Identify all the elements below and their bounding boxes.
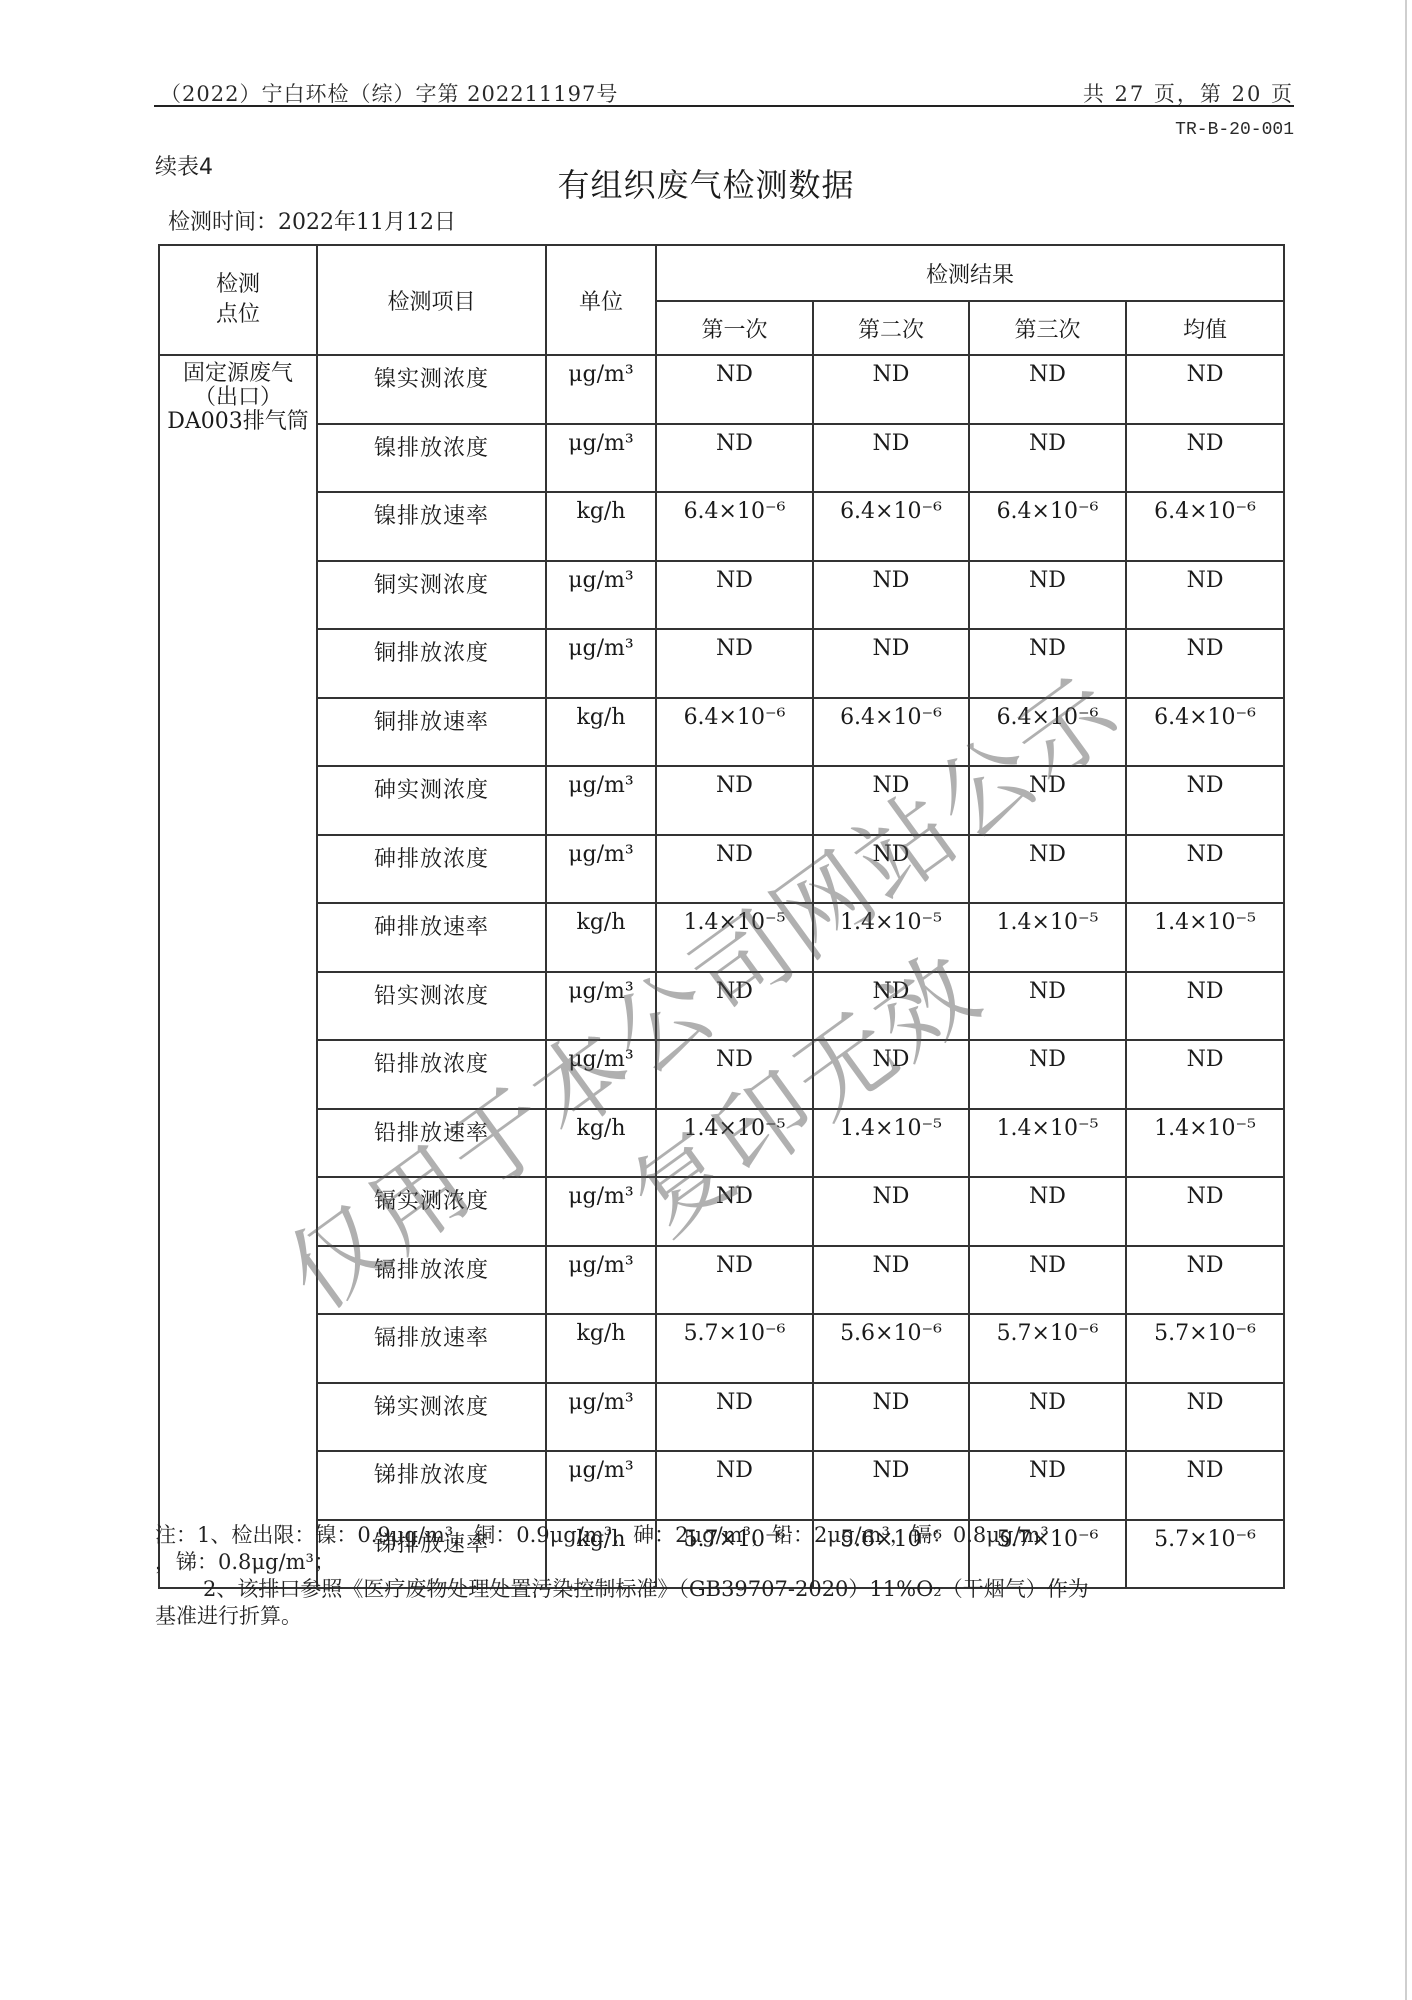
mean-value-cell: 5.7×10⁻⁶ (1126, 1314, 1284, 1383)
item-cell: 镉排放浓度 (317, 1246, 546, 1315)
second-value-cell: ND (813, 1451, 969, 1520)
mean-value-cell: ND (1126, 1246, 1284, 1315)
header-unit: 单位 (546, 245, 656, 355)
table-row: 铅实测浓度μg/m³NDNDNDND (159, 972, 1284, 1041)
first-value-cell: ND (656, 835, 813, 904)
mean-value-cell: ND (1126, 1451, 1284, 1520)
third-value-cell: ND (969, 766, 1126, 835)
third-value-cell: 1.4×10⁻⁵ (969, 1109, 1126, 1178)
third-value-cell: ND (969, 1246, 1126, 1315)
third-value-cell: 6.4×10⁻⁶ (969, 698, 1126, 767)
second-value-cell: 5.6×10⁻⁶ (813, 1314, 969, 1383)
second-value-cell: 6.4×10⁻⁶ (813, 698, 969, 767)
first-value-cell: ND (656, 1177, 813, 1246)
item-cell: 铜排放速率 (317, 698, 546, 767)
emission-data-table: 检测 点位 检测项目 单位 检测结果 第一次 第二次 第三次 均值 固定源废气（… (158, 244, 1285, 1589)
second-value-cell: 1.4×10⁻⁵ (813, 1109, 969, 1178)
first-value-cell: ND (656, 1040, 813, 1109)
unit-cell: μg/m³ (546, 424, 656, 493)
first-value-cell: ND (656, 629, 813, 698)
item-cell: 镍排放浓度 (317, 424, 546, 493)
unit-cell: μg/m³ (546, 1451, 656, 1520)
table-row: 镉实测浓度μg/m³NDNDNDND (159, 1177, 1284, 1246)
table-row: 砷排放浓度μg/m³NDNDNDND (159, 835, 1284, 904)
third-value-cell: ND (969, 629, 1126, 698)
unit-cell: kg/h (546, 1314, 656, 1383)
second-value-cell: ND (813, 1246, 969, 1315)
scan-edge-line (1405, 0, 1407, 2000)
third-value-cell: 1.4×10⁻⁵ (969, 903, 1126, 972)
note-2-cont: 基准进行折算。 (155, 1603, 1295, 1630)
first-value-cell: ND (656, 766, 813, 835)
third-value-cell: 6.4×10⁻⁶ (969, 492, 1126, 561)
second-value-cell: ND (813, 355, 969, 424)
page-info: 共 27 页，第 20 页 (1083, 78, 1294, 108)
table-row: 镍排放浓度μg/m³NDNDNDND (159, 424, 1284, 493)
table-row: 固定源废气（出口）DA003排气筒镍实测浓度μg/m³NDNDNDND (159, 355, 1284, 424)
first-value-cell: ND (656, 1246, 813, 1315)
second-value-cell: ND (813, 766, 969, 835)
third-value-cell: ND (969, 355, 1126, 424)
test-time: 检测时间：2022年11月12日 (168, 205, 456, 236)
mean-value-cell: ND (1126, 835, 1284, 904)
table-row: 锑实测浓度μg/m³NDNDNDND (159, 1383, 1284, 1452)
monitoring-point-line: 固定源废气 (160, 362, 316, 386)
first-value-cell: 6.4×10⁻⁶ (656, 492, 813, 561)
item-cell: 镉实测浓度 (317, 1177, 546, 1246)
header-divider (154, 105, 1294, 107)
item-cell: 铜实测浓度 (317, 561, 546, 630)
second-value-cell: ND (813, 1383, 969, 1452)
unit-cell: μg/m³ (546, 766, 656, 835)
report-number: （2022）宁白环检（综）字第 202211197号 (160, 78, 618, 108)
second-value-cell: ND (813, 1177, 969, 1246)
third-value-cell: ND (969, 1040, 1126, 1109)
item-cell: 锑排放浓度 (317, 1451, 546, 1520)
table-row: 铅排放浓度μg/m³NDNDNDND (159, 1040, 1284, 1109)
first-value-cell: ND (656, 1451, 813, 1520)
mean-value-cell: ND (1126, 1383, 1284, 1452)
item-cell: 砷排放速率 (317, 903, 546, 972)
third-value-cell: ND (969, 1383, 1126, 1452)
notes: 注：1、检出限：镍：0.9μg/m³，铜：0.9μg/m³，砷：2μg/m³，铅… (155, 1522, 1295, 1630)
item-cell: 铅排放速率 (317, 1109, 546, 1178)
unit-cell: μg/m³ (546, 1246, 656, 1315)
second-value-cell: ND (813, 424, 969, 493)
first-value-cell: ND (656, 1383, 813, 1452)
table-row: 镉排放浓度μg/m³NDNDNDND (159, 1246, 1284, 1315)
table-row: 镉排放速率kg/h5.7×10⁻⁶5.6×10⁻⁶5.7×10⁻⁶5.7×10⁻… (159, 1314, 1284, 1383)
unit-cell: μg/m³ (546, 1177, 656, 1246)
header-results: 检测结果 (656, 245, 1284, 301)
item-cell: 铅实测浓度 (317, 972, 546, 1041)
note-1: 注：1、检出限：镍：0.9μg/m³，铜：0.9μg/m³，砷：2μg/m³，铅… (155, 1522, 1295, 1549)
mean-value-cell: ND (1126, 629, 1284, 698)
third-value-cell: ND (969, 1177, 1126, 1246)
unit-cell: kg/h (546, 903, 656, 972)
first-value-cell: 5.7×10⁻⁶ (656, 1314, 813, 1383)
third-value-cell: ND (969, 561, 1126, 630)
first-value-cell: ND (656, 972, 813, 1041)
item-cell: 锑实测浓度 (317, 1383, 546, 1452)
second-value-cell: ND (813, 972, 969, 1041)
first-value-cell: ND (656, 561, 813, 630)
header-second: 第二次 (813, 301, 969, 355)
mean-value-cell: ND (1126, 766, 1284, 835)
table-row: 铜排放速率kg/h6.4×10⁻⁶6.4×10⁻⁶6.4×10⁻⁶6.4×10⁻… (159, 698, 1284, 767)
item-cell: 铅排放浓度 (317, 1040, 546, 1109)
header-point: 检测 点位 (159, 245, 317, 355)
monitoring-point-line: DA003排气筒 (160, 410, 316, 434)
second-value-cell: 1.4×10⁻⁵ (813, 903, 969, 972)
unit-cell: μg/m³ (546, 835, 656, 904)
header-item: 检测项目 (317, 245, 546, 355)
unit-cell: μg/m³ (546, 1040, 656, 1109)
table-row: 铜排放浓度μg/m³NDNDNDND (159, 629, 1284, 698)
item-cell: 铜排放浓度 (317, 629, 546, 698)
item-cell: 砷排放浓度 (317, 835, 546, 904)
mean-value-cell: ND (1126, 355, 1284, 424)
unit-cell: kg/h (546, 492, 656, 561)
mean-value-cell: 1.4×10⁻⁵ (1126, 903, 1284, 972)
first-value-cell: ND (656, 424, 813, 493)
mean-value-cell: ND (1126, 1177, 1284, 1246)
mean-value-cell: ND (1126, 424, 1284, 493)
first-value-cell: 1.4×10⁻⁵ (656, 903, 813, 972)
header-third: 第三次 (969, 301, 1126, 355)
first-value-cell: 1.4×10⁻⁵ (656, 1109, 813, 1178)
unit-cell: μg/m³ (546, 355, 656, 424)
table-row: 铅排放速率kg/h1.4×10⁻⁵1.4×10⁻⁵1.4×10⁻⁵1.4×10⁻… (159, 1109, 1284, 1178)
unit-cell: μg/m³ (546, 972, 656, 1041)
table-row: 砷排放速率kg/h1.4×10⁻⁵1.4×10⁻⁵1.4×10⁻⁵1.4×10⁻… (159, 903, 1284, 972)
second-value-cell: ND (813, 1040, 969, 1109)
item-cell: 砷实测浓度 (317, 766, 546, 835)
note-2: 2、该排口参照《医疗废物处理处置污染控制标准》（GB39707-2020）11%… (155, 1576, 1295, 1603)
second-value-cell: ND (813, 629, 969, 698)
mean-value-cell: ND (1126, 561, 1284, 630)
monitoring-point-cell: 固定源废气（出口）DA003排气筒 (159, 355, 317, 1588)
item-cell: 镍排放速率 (317, 492, 546, 561)
unit-cell: kg/h (546, 1109, 656, 1178)
table-row: 锑排放浓度μg/m³NDNDNDND (159, 1451, 1284, 1520)
second-value-cell: ND (813, 561, 969, 630)
unit-cell: kg/h (546, 698, 656, 767)
page-title: 有组织废气检测数据 (0, 160, 1412, 206)
third-value-cell: ND (969, 972, 1126, 1041)
header-first: 第一次 (656, 301, 813, 355)
note-1-cont: ，锑：0.8μg/m³； (155, 1549, 1295, 1576)
mean-value-cell: ND (1126, 972, 1284, 1041)
second-value-cell: 6.4×10⁻⁶ (813, 492, 969, 561)
unit-cell: μg/m³ (546, 561, 656, 630)
third-value-cell: ND (969, 1451, 1126, 1520)
mean-value-cell: 1.4×10⁻⁵ (1126, 1109, 1284, 1178)
table-row: 砷实测浓度μg/m³NDNDNDND (159, 766, 1284, 835)
mean-value-cell: ND (1126, 1040, 1284, 1109)
unit-cell: μg/m³ (546, 1383, 656, 1452)
third-value-cell: 5.7×10⁻⁶ (969, 1314, 1126, 1383)
mean-value-cell: 6.4×10⁻⁶ (1126, 492, 1284, 561)
form-code: TR-B-20-001 (1175, 120, 1294, 140)
mean-value-cell: 6.4×10⁻⁶ (1126, 698, 1284, 767)
first-value-cell: ND (656, 355, 813, 424)
item-cell: 镉排放速率 (317, 1314, 546, 1383)
second-value-cell: ND (813, 835, 969, 904)
item-cell: 镍实测浓度 (317, 355, 546, 424)
monitoring-point-line: （出口） (160, 386, 316, 410)
unit-cell: μg/m³ (546, 629, 656, 698)
first-value-cell: 6.4×10⁻⁶ (656, 698, 813, 767)
third-value-cell: ND (969, 835, 1126, 904)
third-value-cell: ND (969, 424, 1126, 493)
table-row: 镍排放速率kg/h6.4×10⁻⁶6.4×10⁻⁶6.4×10⁻⁶6.4×10⁻… (159, 492, 1284, 561)
table-row: 铜实测浓度μg/m³NDNDNDND (159, 561, 1284, 630)
header-mean: 均值 (1126, 301, 1284, 355)
